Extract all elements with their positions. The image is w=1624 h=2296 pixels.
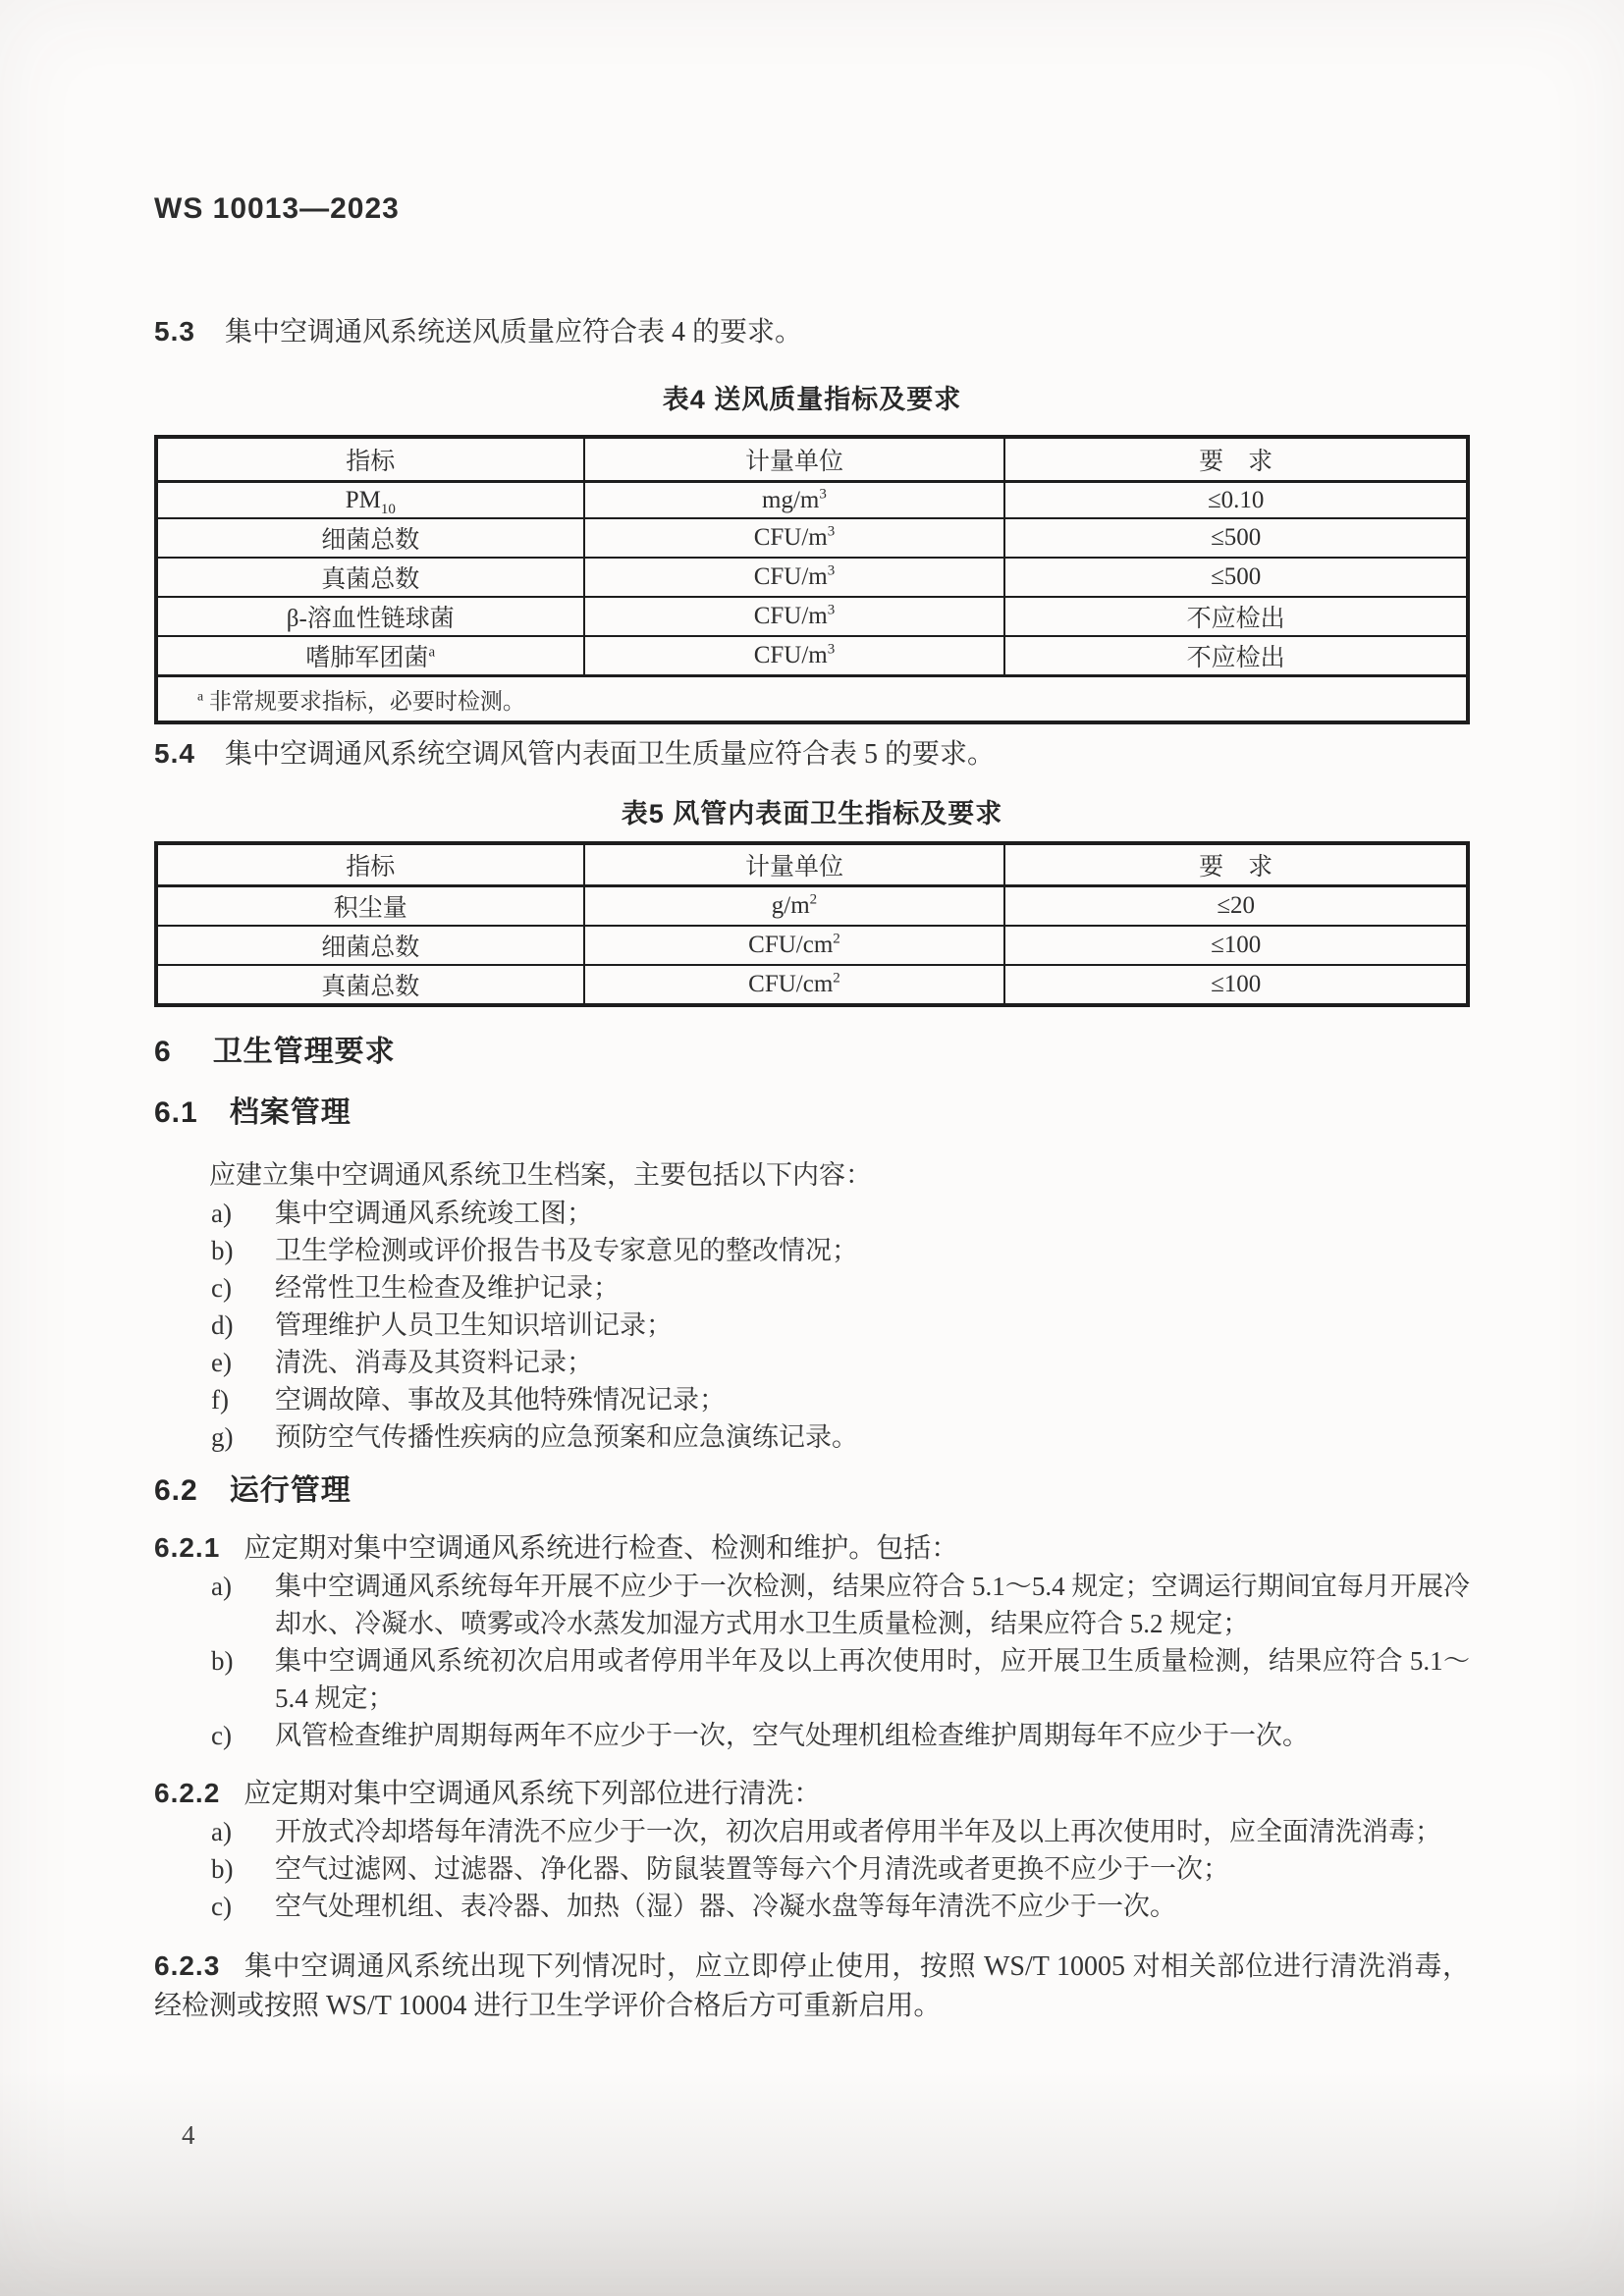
table5-caption: 表5 风管内表面卫生指标及要求 xyxy=(154,796,1470,831)
list-item-a: a)集中空调通风系统竣工图； xyxy=(154,1195,1470,1232)
table4-cell-indicator: β-溶血性链球菌 xyxy=(156,597,584,636)
clause-5-3: 5.3集中空调通风系统送风质量应符合表 4 的要求。 xyxy=(154,312,1470,352)
list-item-label: e) xyxy=(211,1344,232,1381)
list-item-label: a) xyxy=(211,1568,232,1605)
table5-header-requirement: 要 求 xyxy=(1004,843,1468,886)
list-item-f: f)空调故障、事故及其他特殊情况记录； xyxy=(154,1381,1470,1418)
table5-cell-requirement: ≤100 xyxy=(1004,965,1468,1005)
list-item-text: 集中空调通风系统每年开展不应少于一次检测，结果应符合 5.1～5.4 规定；空调… xyxy=(275,1572,1470,1638)
list-item-label: g) xyxy=(211,1418,234,1456)
list-item-label: b) xyxy=(211,1642,234,1680)
section-6-2-heading: 6.2运行管理 xyxy=(154,1471,1470,1511)
indicator-text: 细菌总数 xyxy=(321,527,419,554)
list-item-label: c) xyxy=(211,1717,232,1754)
list-item-text: 集中空调通风系统初次启用或者停用半年及以上再次使用时，应开展卫生质量检测，结果应… xyxy=(275,1646,1470,1713)
unit-text: g/m xyxy=(772,892,810,919)
table4-row-bacteria: 细菌总数 CFU/m3 ≤500 xyxy=(156,518,1468,558)
list-item-e: e)清洗、消毒及其资料记录； xyxy=(154,1344,1470,1381)
section-6-1-title: 档案管理 xyxy=(230,1096,352,1129)
doc-standard-number: WS 10013—2023 xyxy=(154,192,1470,226)
table4-cell-unit: CFU/m3 xyxy=(584,636,1005,676)
clause-5-4-number: 5.4 xyxy=(154,738,195,769)
table4-cell-indicator: 嗜肺军团菌a xyxy=(156,636,584,676)
section-6-2-number: 6.2 xyxy=(154,1474,198,1507)
footnote-text: 非常规要求指标，必要时检测。 xyxy=(209,689,525,714)
list-item-text: 集中空调通风系统竣工图； xyxy=(275,1199,593,1228)
unit-superscript: 3 xyxy=(828,563,836,579)
clause-6-2-2: 6.2.2应定期对集中空调通风系统下列部位进行清洗： xyxy=(154,1774,1470,1813)
list-item-text: 预防空气传播性疾病的应急预案和应急演练记录。 xyxy=(275,1422,858,1452)
page-content: WS 10013—2023 5.3集中空调通风系统送风质量应符合表 4 的要求。… xyxy=(154,0,1470,2026)
table4-row-fungi: 真菌总数 CFU/m3 ≤500 xyxy=(156,558,1468,597)
table4-header-unit: 计量单位 xyxy=(584,437,1005,482)
table4-header-requirement: 要 求 xyxy=(1004,437,1468,482)
table4-header-row: 指标 计量单位 要 求 xyxy=(156,437,1468,482)
unit-superscript: 2 xyxy=(810,892,818,908)
section-6-number: 6 xyxy=(154,1036,172,1068)
table4-cell-indicator: PM10 xyxy=(156,482,584,519)
table4-cell-requirement: ≤500 xyxy=(1004,558,1468,597)
clause-5-3-text: 集中空调通风系统送风质量应符合表 4 的要求。 xyxy=(225,317,802,347)
list-item-text: 管理维护人员卫生知识培训记录； xyxy=(275,1310,673,1340)
clause-6-2-1: 6.2.1应定期对集中空调通风系统进行检查、检测和维护。包括： xyxy=(154,1528,1470,1568)
unit-superscript: 3 xyxy=(828,524,836,540)
list-item-b: b)卫生学检测或评价报告书及专家意见的整改情况； xyxy=(154,1232,1470,1269)
clause-6-2-3: 6.2.3集中空调通风系统出现下列情况时，应立即停止使用，按照 WS/T 100… xyxy=(154,1947,1470,2026)
table4-row-pm10: PM10 mg/m3 ≤0.10 xyxy=(156,482,1468,519)
table4-row-streptococcus: β-溶血性链球菌 CFU/m3 不应检出 xyxy=(156,597,1468,636)
unit-text: CFU/cm xyxy=(748,971,833,997)
list-item-label: b) xyxy=(211,1232,234,1269)
indicator-text: β-溶血性链球菌 xyxy=(287,606,455,632)
table4-cell-indicator: 细菌总数 xyxy=(156,518,584,558)
list-item-label: a) xyxy=(211,1813,232,1850)
table4-cell-requirement: 不应检出 xyxy=(1004,597,1468,636)
clause-5-3-number: 5.3 xyxy=(154,316,195,347)
list-item-c: c)经常性卫生检查及维护记录； xyxy=(154,1269,1470,1307)
list-item-text: 经常性卫生检查及维护记录； xyxy=(275,1273,620,1303)
indicator-text: 嗜肺军团菌 xyxy=(305,645,428,671)
table4-footnote-row: a 非常规要求指标，必要时检测。 xyxy=(156,676,1468,723)
table5-header-indicator: 指标 xyxy=(156,843,584,886)
table5-cell-unit: CFU/cm2 xyxy=(584,965,1005,1005)
list-item-a: a)集中空调通风系统每年开展不应少于一次检测，结果应符合 5.1～5.4 规定；… xyxy=(154,1568,1470,1642)
table4-cell-requirement: 不应检出 xyxy=(1004,636,1468,676)
unit-text: CFU/m xyxy=(754,603,828,629)
table5: 指标 计量单位 要 求 积尘量 g/m2 ≤20 细菌总数 CFU/cm2 ≤1… xyxy=(154,841,1470,1007)
list-item-label: a) xyxy=(211,1195,232,1232)
section-6-1-number: 6.1 xyxy=(154,1096,198,1129)
clause-5-4-text: 集中空调通风系统空调风管内表面卫生质量应符合表 5 的要求。 xyxy=(225,739,995,770)
table4-row-legionella: 嗜肺军团菌a CFU/m3 不应检出 xyxy=(156,636,1468,676)
section-6-title: 卫生管理要求 xyxy=(213,1036,396,1068)
list-item-label: d) xyxy=(211,1307,234,1344)
list-item-b: b)空气过滤网、过滤器、净化器、防鼠装置等每六个月清洗或者更换不应少于一次； xyxy=(154,1850,1470,1888)
indicator-subscript: 10 xyxy=(381,502,396,517)
table4-cell-unit: CFU/m3 xyxy=(584,597,1005,636)
table4-cell-indicator: 真菌总数 xyxy=(156,558,584,597)
list-item-label: c) xyxy=(211,1888,232,1925)
table4-caption: 表4 送风质量指标及要求 xyxy=(154,382,1470,417)
list-item-g: g)预防空气传播性疾病的应急预案和应急演练记录。 xyxy=(154,1418,1470,1456)
unit-superscript: 2 xyxy=(833,932,840,947)
clause-6-2-3-text: 集中空调通风系统出现下列情况时，应立即停止使用，按照 WS/T 10005 对相… xyxy=(154,1951,1470,2021)
clause-6-2-1-number: 6.2.1 xyxy=(154,1532,220,1563)
table5-cell-indicator: 真菌总数 xyxy=(156,965,584,1005)
table4-cell-unit: mg/m3 xyxy=(584,482,1005,519)
section-6-1-intro: 应建立集中空调通风系统卫生档案，主要包括以下内容： xyxy=(154,1156,1470,1195)
footnote-marker: a xyxy=(197,688,203,703)
indicator-text: PM xyxy=(346,487,381,513)
unit-superscript: 3 xyxy=(828,603,836,618)
list-item-a: a)开放式冷却塔每年清洗不应少于一次，初次启用或者停用半年及以上再次使用时，应全… xyxy=(154,1813,1470,1850)
table5-cell-requirement: ≤20 xyxy=(1004,886,1468,927)
table5-row-bacteria: 细菌总数 CFU/cm2 ≤100 xyxy=(156,926,1468,965)
table5-header-unit: 计量单位 xyxy=(584,843,1005,886)
table4-header-indicator: 指标 xyxy=(156,437,584,482)
section-6-heading: 6卫生管理要求 xyxy=(154,1033,1470,1072)
indicator-text: 真菌总数 xyxy=(321,566,419,593)
table5-cell-requirement: ≤100 xyxy=(1004,926,1468,965)
list-item-text: 开放式冷却塔每年清洗不应少于一次，初次启用或者停用半年及以上再次使用时，应全面清… xyxy=(275,1817,1441,1846)
list-item-text: 清洗、消毒及其资料记录； xyxy=(275,1348,593,1377)
list-item-text: 空气处理机组、表冷器、加热（湿）器、冷凝水盘等每年清洗不应少于一次。 xyxy=(275,1892,1176,1921)
table4-cell-unit: CFU/m3 xyxy=(584,558,1005,597)
list-item-c: c)风管检查维护周期每两年不应少于一次，空气处理机组检查维护周期每年不应少于一次… xyxy=(154,1717,1470,1754)
page-number: 4 xyxy=(182,2120,195,2151)
list-item-label: c) xyxy=(211,1269,232,1307)
list-item-text: 空调故障、事故及其他特殊情况记录； xyxy=(275,1385,726,1415)
list-item-d: d)管理维护人员卫生知识培训记录； xyxy=(154,1307,1470,1344)
list-item-text: 风管检查维护周期每两年不应少于一次，空气处理机组检查维护周期每年不应少于一次。 xyxy=(275,1721,1309,1750)
list-item-b: b)集中空调通风系统初次启用或者停用半年及以上再次使用时，应开展卫生质量检测，结… xyxy=(154,1642,1470,1717)
table5-row-fungi: 真菌总数 CFU/cm2 ≤100 xyxy=(156,965,1468,1005)
section-6-2-title: 运行管理 xyxy=(230,1474,352,1507)
unit-text: CFU/cm xyxy=(748,932,833,958)
unit-text: CFU/m xyxy=(754,642,828,668)
list-item-text: 空气过滤网、过滤器、净化器、防鼠装置等每六个月清洗或者更换不应少于一次； xyxy=(275,1854,1229,1884)
section-6-1-heading: 6.1档案管理 xyxy=(154,1094,1470,1133)
indicator-superscript: a xyxy=(428,645,435,661)
table4-cell-unit: CFU/m3 xyxy=(584,518,1005,558)
unit-superscript: 3 xyxy=(819,486,827,502)
unit-superscript: 3 xyxy=(828,642,836,658)
table5-cell-indicator: 积尘量 xyxy=(156,886,584,927)
unit-text: mg/m xyxy=(762,487,819,513)
table5-cell-unit: CFU/cm2 xyxy=(584,926,1005,965)
list-item-c: c)空气处理机组、表冷器、加热（湿）器、冷凝水盘等每年清洗不应少于一次。 xyxy=(154,1888,1470,1925)
table5-row-dust: 积尘量 g/m2 ≤20 xyxy=(156,886,1468,927)
list-item-text: 卫生学检测或评价报告书及专家意见的整改情况； xyxy=(275,1236,858,1265)
table4-cell-requirement: ≤500 xyxy=(1004,518,1468,558)
clause-6-2-2-number: 6.2.2 xyxy=(154,1778,220,1808)
table5-cell-indicator: 细菌总数 xyxy=(156,926,584,965)
list-item-label: b) xyxy=(211,1850,234,1888)
unit-text: CFU/m xyxy=(754,563,828,590)
table5-cell-unit: g/m2 xyxy=(584,886,1005,927)
table4-footnote: a 非常规要求指标，必要时检测。 xyxy=(156,676,1468,723)
clause-5-4: 5.4集中空调通风系统空调风管内表面卫生质量应符合表 5 的要求。 xyxy=(154,734,1470,774)
section-6-2-2-list: a)开放式冷却塔每年清洗不应少于一次，初次启用或者停用半年及以上再次使用时，应全… xyxy=(154,1813,1470,1925)
clause-6-2-2-text: 应定期对集中空调通风系统下列部位进行清洗： xyxy=(244,1779,821,1809)
document-page: WS 10013—2023 5.3集中空调通风系统送风质量应符合表 4 的要求。… xyxy=(0,0,1624,2296)
table4-cell-requirement: ≤0.10 xyxy=(1004,482,1468,519)
clause-6-2-3-number: 6.2.3 xyxy=(154,1950,220,1981)
table4: 指标 计量单位 要 求 PM10 mg/m3 ≤0.10 细菌总数 CFU/m3… xyxy=(154,435,1470,724)
unit-superscript: 2 xyxy=(833,971,840,987)
section-6-2-1-list: a)集中空调通风系统每年开展不应少于一次检测，结果应符合 5.1～5.4 规定；… xyxy=(154,1568,1470,1754)
section-6-1-list: a)集中空调通风系统竣工图； b)卫生学检测或评价报告书及专家意见的整改情况； … xyxy=(154,1195,1470,1456)
clause-6-2-1-text: 应定期对集中空调通风系统进行检查、检测和维护。包括： xyxy=(244,1533,958,1564)
unit-text: CFU/m xyxy=(754,524,828,551)
list-item-label: f) xyxy=(211,1381,229,1418)
table5-header-row: 指标 计量单位 要 求 xyxy=(156,843,1468,886)
